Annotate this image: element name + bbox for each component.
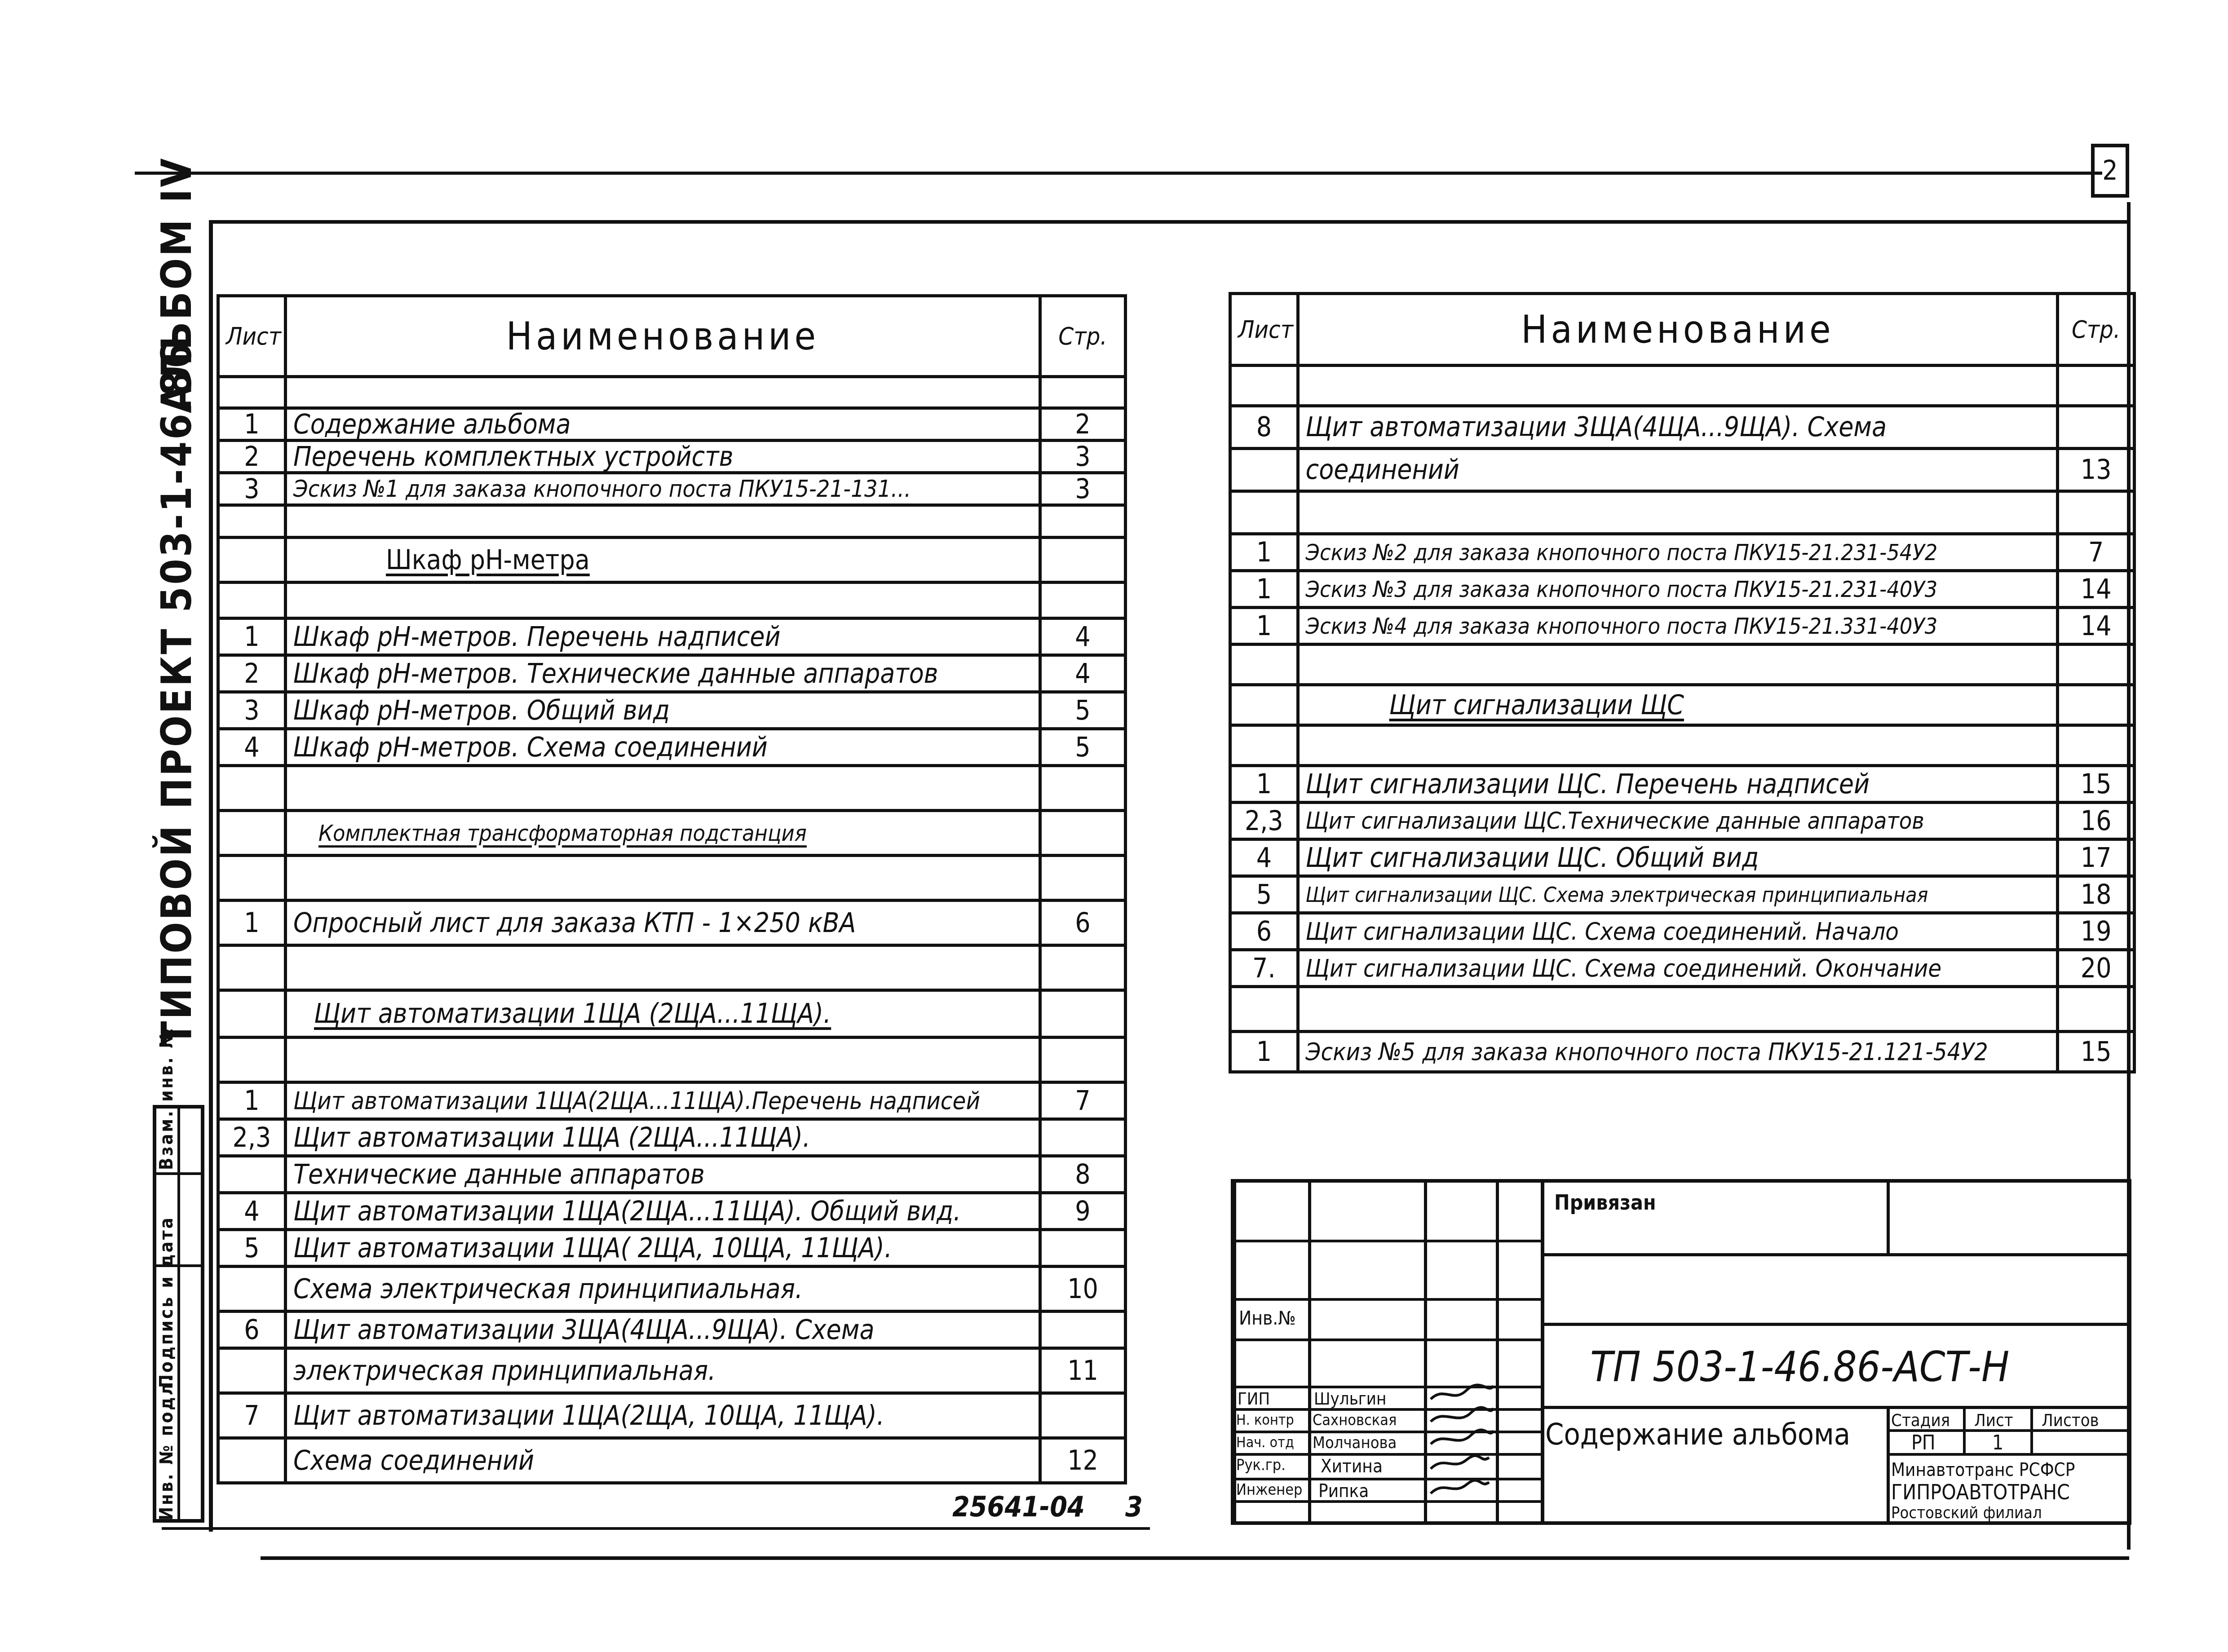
- signer-name-0: Шульгин: [1314, 1389, 1386, 1409]
- signer-name-1: Сахновская: [1313, 1411, 1397, 1429]
- side-stamp-replace: Взам. инв. №: [156, 1027, 177, 1170]
- table-row: 1Эскиз №4 для заказа кнопочного поста ПК…: [1230, 608, 2135, 645]
- table-row: 1Содержание альбома2: [218, 408, 1126, 441]
- table-header: Лист Наименование Стр.: [1230, 294, 2135, 366]
- signer-name-3: Хитина: [1321, 1456, 1383, 1477]
- table-row: 1Эскиз №2 для заказа кнопочного поста ПК…: [1230, 534, 2135, 571]
- side-stamp-inv: Инв. № подл.: [156, 1374, 177, 1520]
- tb-hline-2: [1233, 1298, 1543, 1301]
- sheet-label: Лист: [1974, 1410, 2013, 1430]
- table-row: 2,3Щит автоматизации 1ЩА (2ЩА...11ЩА).: [218, 1119, 1126, 1156]
- inner-top-line: [211, 220, 2129, 224]
- table-row: [218, 505, 1126, 538]
- signer-role-3: Рук.гр.: [1236, 1456, 1286, 1474]
- tb-stage-v1: [1963, 1406, 1966, 1455]
- table-row: 1Шкаф рН-метров. Перечень надписей4: [218, 618, 1126, 655]
- table-row: соединений13: [1230, 449, 2135, 491]
- header-sheet: Лист: [218, 296, 286, 377]
- designation: ТП 503-1-46.86-АСТ-Н: [1590, 1343, 2009, 1391]
- table-row: Схема электрическая принципиальная.10: [218, 1267, 1126, 1312]
- table-row: 4Щит сигнализации ЩС. Общий вид17: [1230, 839, 2135, 876]
- table-row: [218, 1038, 1126, 1082]
- side-stamp-divider: [177, 1105, 180, 1523]
- table-row: 5Щит автоматизации 1ЩА( 2ЩА, 10ЩА, 11ЩА)…: [218, 1230, 1126, 1267]
- table-row: [218, 583, 1126, 618]
- signature-scribbles: [1426, 1381, 1498, 1507]
- sheet-number-box: 2: [2091, 144, 2129, 198]
- stage-value: РП: [1911, 1431, 1936, 1454]
- inv-label: Инв.№: [1239, 1307, 1296, 1329]
- left-frame-line: [209, 220, 213, 1532]
- table-row: [218, 945, 1126, 990]
- table-row: 2Шкаф рН-метров. Технические данные аппа…: [218, 655, 1126, 692]
- top-border-line: [135, 172, 2102, 175]
- header-name: Наименование: [1298, 294, 2058, 366]
- signer-name-2: Молчанова: [1313, 1434, 1397, 1452]
- table-row: 4Щит автоматизации 1ЩА(2ЩА...11ЩА). Общи…: [218, 1193, 1126, 1230]
- side-stamp-sep-1: [153, 1172, 204, 1175]
- left-contents-table: Лист Наименование Стр. 1Содержание альбо…: [217, 294, 1127, 1484]
- header-page: Стр.: [2058, 294, 2135, 366]
- table-row: 6Щит сигнализации ЩС. Схема соединений. …: [1230, 913, 2135, 950]
- org-line-3: Ростовский филиал: [1891, 1504, 2042, 1522]
- tb-hline-r2: [1541, 1323, 2131, 1326]
- signer-role-4: Инженер: [1236, 1481, 1303, 1499]
- tb-hline-1: [1233, 1240, 1543, 1242]
- table-row: 7.Щит сигнализации ЩС. Схема соединений.…: [1230, 950, 2135, 987]
- table-row: 8Щит автоматизации 3ЩА(4ЩА...9ЩА). Схема: [1230, 406, 2135, 449]
- section-row: Щит автоматизации 1ЩА (2ЩА...11ЩА).: [218, 990, 1126, 1038]
- header-name: Наименование: [286, 296, 1040, 377]
- org-line-1: Минавтотранс РСФСР: [1891, 1460, 2075, 1480]
- table-row: Схема соединений12: [218, 1438, 1126, 1483]
- tb-bound-divider: [1887, 1179, 1890, 1255]
- table-row: Технические данные аппаратов8: [218, 1156, 1126, 1193]
- archive-number: 25641-04: [952, 1490, 1085, 1523]
- signer-role-1: Н. контр: [1236, 1411, 1294, 1428]
- table-row: 1Опросный лист для заказа КТП - 1×250 кВ…: [218, 901, 1126, 945]
- table-row: 2Перечень комплектных устройств3: [218, 441, 1126, 473]
- doc-title: Содержание альбома: [1545, 1417, 1850, 1452]
- table-row: [218, 856, 1126, 901]
- bound-label: Привязан: [1554, 1190, 1656, 1215]
- table-row: 1Эскиз №3 для заказа кнопочного поста ПК…: [1230, 571, 2135, 608]
- tb-stage-divider: [1887, 1406, 1890, 1525]
- table-row: [1230, 366, 2135, 406]
- vertical-album-label: АЛЬБОМ IV: [153, 157, 201, 413]
- table-row: [1230, 725, 2135, 766]
- tb-vline-1: [1233, 1179, 1236, 1525]
- table-row: [1230, 491, 2135, 534]
- section-row: Комплектная трансформаторная подстанция: [218, 811, 1126, 856]
- table-row: [1230, 645, 2135, 685]
- signer-role-2: Нач. отд: [1236, 1434, 1294, 1451]
- footer-page: 3: [1125, 1490, 1143, 1523]
- section-row: Шкаф рН-метра: [218, 538, 1126, 583]
- table-row: 4Шкаф рН-метров. Схема соединений5: [218, 729, 1126, 766]
- table-header: Лист Наименование Стр.: [218, 296, 1126, 377]
- table-row: 3Эскиз №1 для заказа кнопочного поста ПК…: [218, 473, 1126, 505]
- table-row: 6Щит автоматизации 3ЩА(4ЩА...9ЩА). Схема: [218, 1312, 1126, 1348]
- header-sheet: Лист: [1230, 294, 1298, 366]
- table-row: [1230, 987, 2135, 1032]
- section-row: Щит сигнализации ЩС: [1230, 685, 2135, 725]
- tb-hline-r3: [1541, 1406, 2131, 1409]
- vertical-project-title: ТИПОВОЙ ПРОЕКТ 503-1-46.86: [153, 341, 201, 1047]
- table-row: 1Щит автоматизации 1ЩА(2ЩА...11ЩА).Переч…: [218, 1082, 1126, 1119]
- table-row: 7Щит автоматизации 1ЩА(2ЩА, 10ЩА, 11ЩА).: [218, 1393, 1126, 1438]
- table-row: [218, 377, 1126, 408]
- table-row: электрическая принципиальная.11: [218, 1348, 1126, 1393]
- sheet-value: 1: [1992, 1431, 2003, 1454]
- table-row: 1Эскиз №5 для заказа кнопочного поста ПК…: [1230, 1032, 2135, 1072]
- tb-vline-5: [1541, 1179, 1544, 1525]
- table-row: [218, 766, 1126, 811]
- bottom-frame-line: [261, 1556, 2129, 1560]
- table-row: 1Щит сигнализации ЩС. Перечень надписей1…: [1230, 766, 2135, 803]
- sheets-label: Листов: [2042, 1410, 2099, 1430]
- header-page: Стр.: [1040, 296, 1126, 377]
- table-row: 2,3Щит сигнализации ЩС.Технические данны…: [1230, 803, 2135, 839]
- right-contents-table: Лист Наименование Стр. 8Щит автоматизаци…: [1229, 292, 2136, 1073]
- table-row: 5Щит сигнализации ЩС. Схема электрическа…: [1230, 876, 2135, 913]
- signer-role-0: ГИП: [1238, 1389, 1270, 1409]
- tb-vline-2: [1308, 1179, 1311, 1525]
- side-stamp-signature: Подпись и дата: [156, 1216, 177, 1388]
- tb-hline-r1: [1541, 1253, 2131, 1256]
- tb-stage-v2: [2030, 1406, 2033, 1455]
- bottom-frame-line-2: [162, 1527, 1150, 1530]
- tb-hline-3: [1233, 1338, 1543, 1341]
- signer-name-4: Рипка: [1318, 1481, 1369, 1502]
- sheet-number: 2: [2102, 155, 2117, 186]
- stage-label: Стадия: [1891, 1410, 1950, 1430]
- org-line-2: ГИПРОАВТОТРАНС: [1891, 1480, 2070, 1504]
- table-row: 3Шкаф рН-метров. Общий вид5: [218, 692, 1126, 729]
